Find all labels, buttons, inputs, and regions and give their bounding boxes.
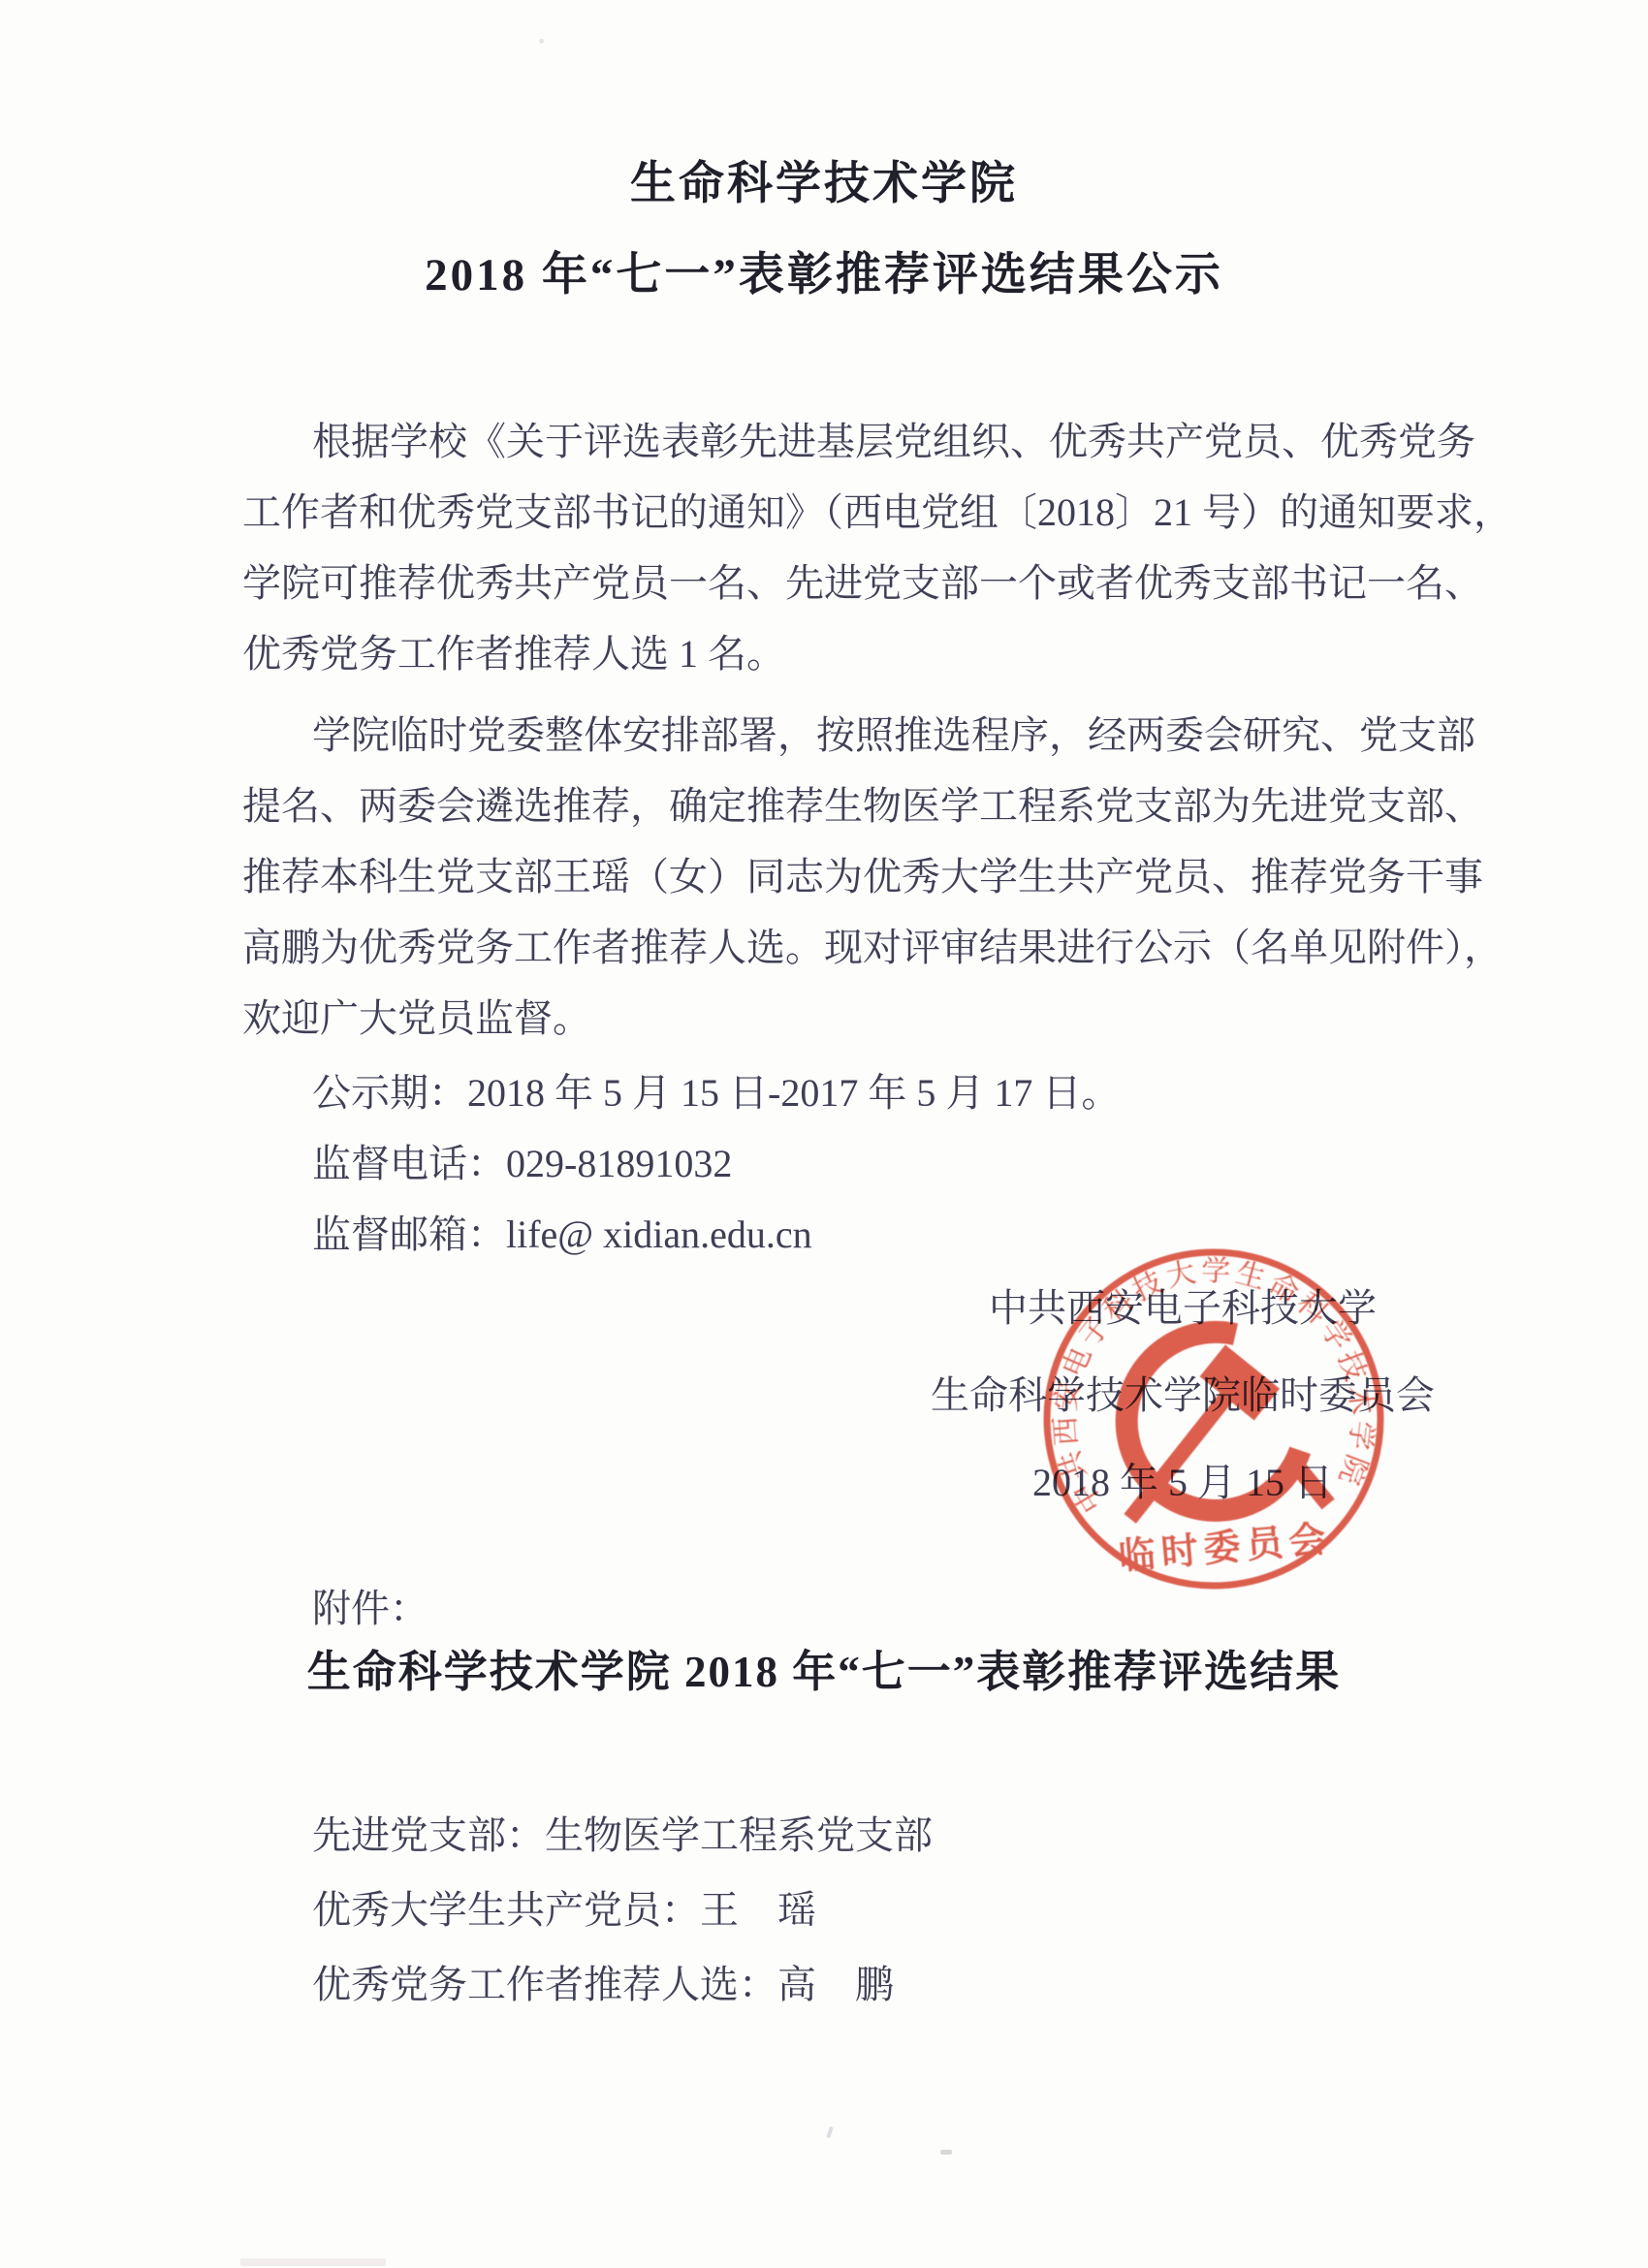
- paragraph2-line4: 高鹏为优秀党务工作者推荐人选。现对评审结果进行公示（名单见附件），: [242, 917, 1503, 972]
- paragraph1-line4: 优秀党务工作者推荐人选 1 名。: [242, 623, 785, 678]
- scanned-document-page: 生命科学技术学院 2018 年“七一”表彰推荐评选结果公示 根据学校《关于评选表…: [0, 0, 1648, 2268]
- publicity-period-line: 公示期：2018 年 5 月 15 日-2017 年 5 月 17 日。: [312, 1062, 1120, 1118]
- supervision-phone-line: 监督电话：029-81891032: [312, 1133, 732, 1188]
- scan-artifact: [240, 2258, 386, 2266]
- signature-block: 中共西安电子科技大学 生命科学技术学院临时委员会 2018 年 5 月 15 日: [902, 1277, 1464, 1539]
- paragraph2-line5: 欢迎广大党员监督。: [242, 988, 591, 1043]
- signature-date: 2018 年 5 月 15 日: [902, 1452, 1464, 1507]
- paragraph2-line2: 提名、两委会遴选推荐，确定推荐生物医学工程系党支部为先进党支部、: [242, 775, 1483, 831]
- paragraph1-line2: 工作者和优秀党支部书记的通知》（西电党组〔2018〕21 号）的通知要求，: [242, 482, 1512, 537]
- paragraph1-line1: 根据学校《关于评选表彰先进基层党组织、优秀共产党员、优秀党务: [312, 411, 1475, 466]
- scan-artifact: [539, 39, 544, 44]
- signature-org-line2: 生命科学技术学院临时委员会: [902, 1365, 1464, 1420]
- paragraph2-line3: 推荐本科生党支部王瑶（女）同志为优秀大学生共产党员、推荐党务干事: [242, 846, 1483, 901]
- attachment-label: 附件：: [312, 1578, 428, 1633]
- document-title-line1: 生命科学技术学院: [0, 147, 1648, 212]
- attachment-item-outstanding-student-member: 优秀大学生共产党员：王 瑶: [312, 1879, 816, 1935]
- attachment-heading: 生命科学技术学院 2018 年“七一”表彰推荐评选结果: [0, 1636, 1648, 1699]
- scan-artifact: [826, 2126, 834, 2139]
- document-title-line2: 2018 年“七一”表彰推荐评选结果公示: [0, 238, 1648, 303]
- paragraph2-line1: 学院临时党委整体安排部署，按照推选程序，经两委会研究、党支部: [312, 705, 1475, 760]
- attachment-item-outstanding-party-worker: 优秀党务工作者推荐人选：高 鹏: [312, 1954, 894, 2009]
- scan-artifact: [940, 2150, 952, 2155]
- supervision-email-line: 监督邮箱：life@ xidian.edu.cn: [312, 1204, 812, 1259]
- paragraph1-line3: 学院可推荐优秀共产党员一名、先进党支部一个或者优秀支部书记一名、: [242, 552, 1483, 608]
- attachment-item-advanced-branch: 先进党支部：生物医学工程系党支部: [312, 1805, 933, 1860]
- signature-org-line1: 中共西安电子科技大学: [902, 1277, 1464, 1333]
